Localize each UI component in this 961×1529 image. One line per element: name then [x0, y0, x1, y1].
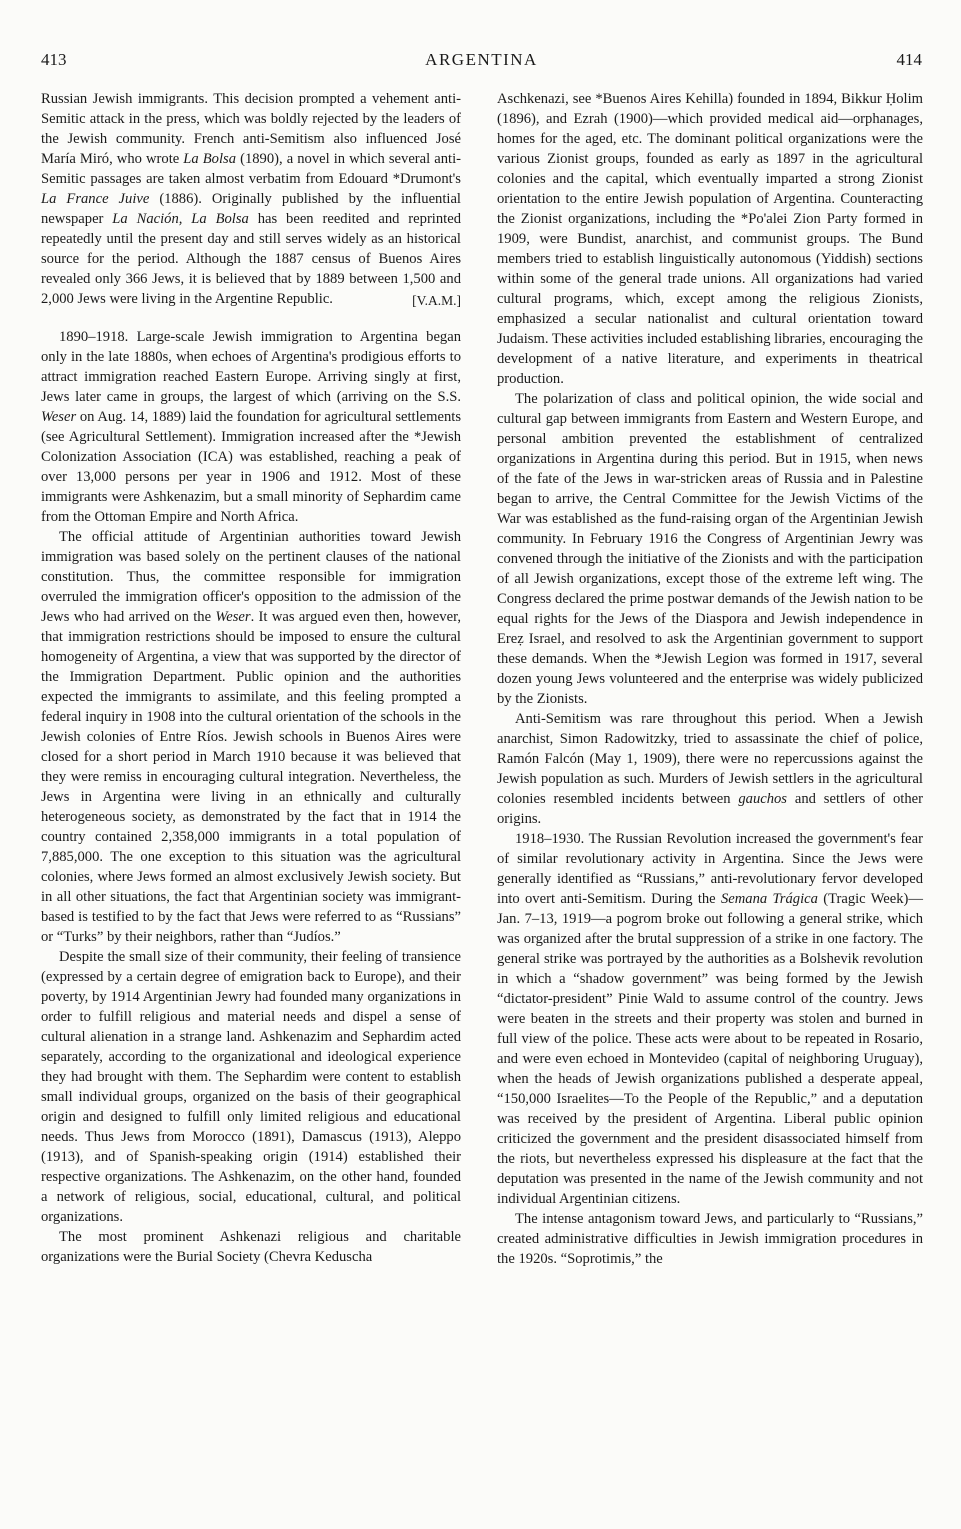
paragraph: The most prominent Ashkenazi religious a…: [41, 1227, 461, 1267]
italic-title: La France Juive: [41, 191, 149, 207]
italic-ship-name: Weser: [215, 609, 250, 625]
italic-title: La Bolsa: [183, 151, 236, 167]
left-column: Russian Jewish immigrants. This decision…: [41, 89, 461, 1267]
paragraph: Anti-Semitism was rare throughout this p…: [497, 709, 923, 829]
paragraph: Despite the small size of their communit…: [41, 947, 461, 1227]
page-title: ARGENTINA: [41, 50, 922, 70]
text-run: on Aug. 14, 1889) laid the foundation fo…: [41, 409, 461, 525]
italic-term: gauchos: [738, 791, 787, 807]
italic-title: La Nación, La Bolsa: [112, 211, 249, 227]
paragraph: Russian Jewish immigrants. This decision…: [41, 89, 461, 309]
running-head: 413 ARGENTINA 414: [41, 50, 922, 74]
text-run: (Tragic Week)—Jan. 7–13, 1919—a pogrom b…: [497, 891, 923, 1207]
paragraph: The intense antagonism toward Jews, and …: [497, 1209, 923, 1269]
italic-ship-name: Weser: [41, 409, 76, 425]
paragraph-section-1890-1918: 1890–1918. Large-scale Jewish immigratio…: [41, 327, 461, 527]
text-run: . It was argued even then, however, that…: [41, 609, 461, 945]
text-run: 1890–1918. Large-scale Jewish immigratio…: [41, 329, 461, 405]
page-number-right: 414: [897, 50, 923, 70]
paragraph-section-1918-1930: 1918–1930. The Russian Revolution increa…: [497, 829, 923, 1209]
author-signature: [V.A.M.]: [412, 291, 461, 311]
right-column: Aschkenazi, see *Buenos Aires Kehilla) f…: [497, 89, 923, 1269]
paragraph: The official attitude of Argentinian aut…: [41, 527, 461, 947]
paragraph: Aschkenazi, see *Buenos Aires Kehilla) f…: [497, 89, 923, 389]
italic-term: Semana Trágica: [721, 891, 818, 907]
paragraph: The polarization of class and political …: [497, 389, 923, 709]
